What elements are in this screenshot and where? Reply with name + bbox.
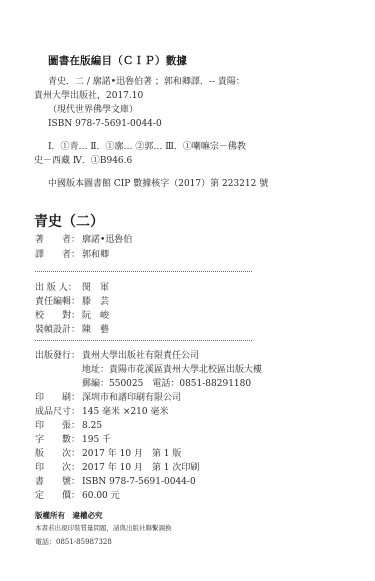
detail-row: 印 次：2017 年 10 月 第 1 次印刷: [35, 462, 199, 474]
staff-row: 裝幀設計：陳 藝: [35, 324, 109, 336]
staff-label: 校 對：: [35, 310, 81, 322]
cip-line-2: 貴州大學出版社，2017.10: [34, 90, 143, 103]
detail-row: 版 次：2017 年 10 月 第 1 版: [35, 448, 181, 460]
cip-line-5: Ⅰ．①青… Ⅱ．①廓… ②郭… Ⅲ．①喇嘛宗－佛教: [48, 141, 246, 154]
author-row: 著 者：廓諾•迅魯伯: [35, 234, 132, 246]
detail-label: 印 張：: [35, 420, 81, 432]
publisher-postal-phone: 郵編：550025 電話：0851-88291180: [82, 378, 251, 390]
cip-line-3: （現代世界佛學文庫）: [48, 104, 138, 117]
quality-notice: 本書若出現印裝質量問題，請與出版社聯繫調換: [35, 523, 172, 532]
staff-value: 閔 軍: [82, 282, 109, 294]
detail-label: 定 價：: [35, 490, 81, 502]
staff-row: 校 對：阮 峻: [35, 310, 109, 322]
cip-heading: 圖書在版編目（ＣＩＰ）數據: [48, 53, 187, 68]
rights-notice: 版權所有 違權必究: [35, 510, 103, 521]
cip-line-6: 史－西藏 Ⅳ．①B946.6: [34, 155, 132, 168]
staff-label: 出 版 人：: [35, 282, 81, 294]
publisher-row: 出版發行：貴州大學出版社有限責任公司: [35, 350, 199, 362]
staff-value: 滕 芸: [82, 296, 109, 308]
detail-value: 8.25: [82, 420, 102, 432]
contact-phone: 電話：0851-85987328: [35, 537, 112, 547]
translator-value: 郭和卿: [82, 249, 109, 261]
author-label: 著 者：: [35, 234, 81, 246]
divider-dotted-2: [35, 340, 252, 341]
cip-library-note: 中國版本圖書館 CIP 數據核字（2017）第 223212 號: [48, 178, 268, 191]
book-title: 青史（二）: [34, 211, 104, 231]
staff-value: 陳 藝: [82, 324, 109, 336]
detail-row: 書 號：ISBN 978-7-5691-0044-0: [35, 476, 196, 488]
detail-row: 印 刷：深圳市和譜印刷有限公司: [35, 392, 181, 404]
publisher-label: 出版發行：: [35, 350, 81, 362]
staff-row: 責任編輯：滕 芸: [35, 296, 109, 308]
detail-value: 195 千: [82, 434, 111, 446]
detail-value: 2017 年 10 月 第 1 次印刷: [82, 462, 199, 474]
publisher-address: 地址：貴陽市花溪區貴州大學北校區出版大樓: [82, 364, 262, 376]
detail-row: 成品尺寸：145 毫米 ×210 毫米: [35, 406, 168, 418]
staff-label: 裝幀設計：: [35, 324, 81, 336]
detail-row: 字 數：195 千: [35, 434, 111, 446]
staff-value: 阮 峻: [82, 310, 109, 322]
detail-label: 印 刷：: [35, 392, 81, 404]
staff-label: 責任編輯：: [35, 296, 81, 308]
divider-dotted-1: [35, 271, 252, 272]
staff-row: 出 版 人：閔 軍: [35, 282, 109, 294]
detail-value: 2017 年 10 月 第 1 版: [82, 448, 181, 460]
detail-value: 深圳市和譜印刷有限公司: [82, 392, 181, 404]
cip-line-1: 青史．二 / 廓諾•迅魯伯著 ；郭和卿譯．-- 貴陽：: [48, 76, 245, 89]
detail-label: 版 次：: [35, 448, 81, 460]
translator-row: 譯 者：郭和卿: [35, 249, 109, 261]
cip-line-4: ISBN 978-7-5691-0044-0: [48, 118, 162, 131]
detail-value: ISBN 978-7-5691-0044-0: [82, 476, 196, 488]
detail-label: 書 號：: [35, 476, 81, 488]
detail-row: 印 張：8.25: [35, 420, 102, 432]
detail-value: 60.00 元: [82, 490, 120, 502]
detail-label: 印 次：: [35, 462, 81, 474]
detail-label: 字 數：: [35, 434, 81, 446]
detail-row: 定 價：60.00 元: [35, 490, 120, 502]
detail-value: 145 毫米 ×210 毫米: [82, 406, 168, 418]
detail-label: 成品尺寸：: [35, 406, 81, 418]
publisher-value: 貴州大學出版社有限責任公司: [82, 350, 199, 362]
translator-label: 譯 者：: [35, 249, 81, 261]
author-value: 廓諾•迅魯伯: [82, 234, 132, 246]
